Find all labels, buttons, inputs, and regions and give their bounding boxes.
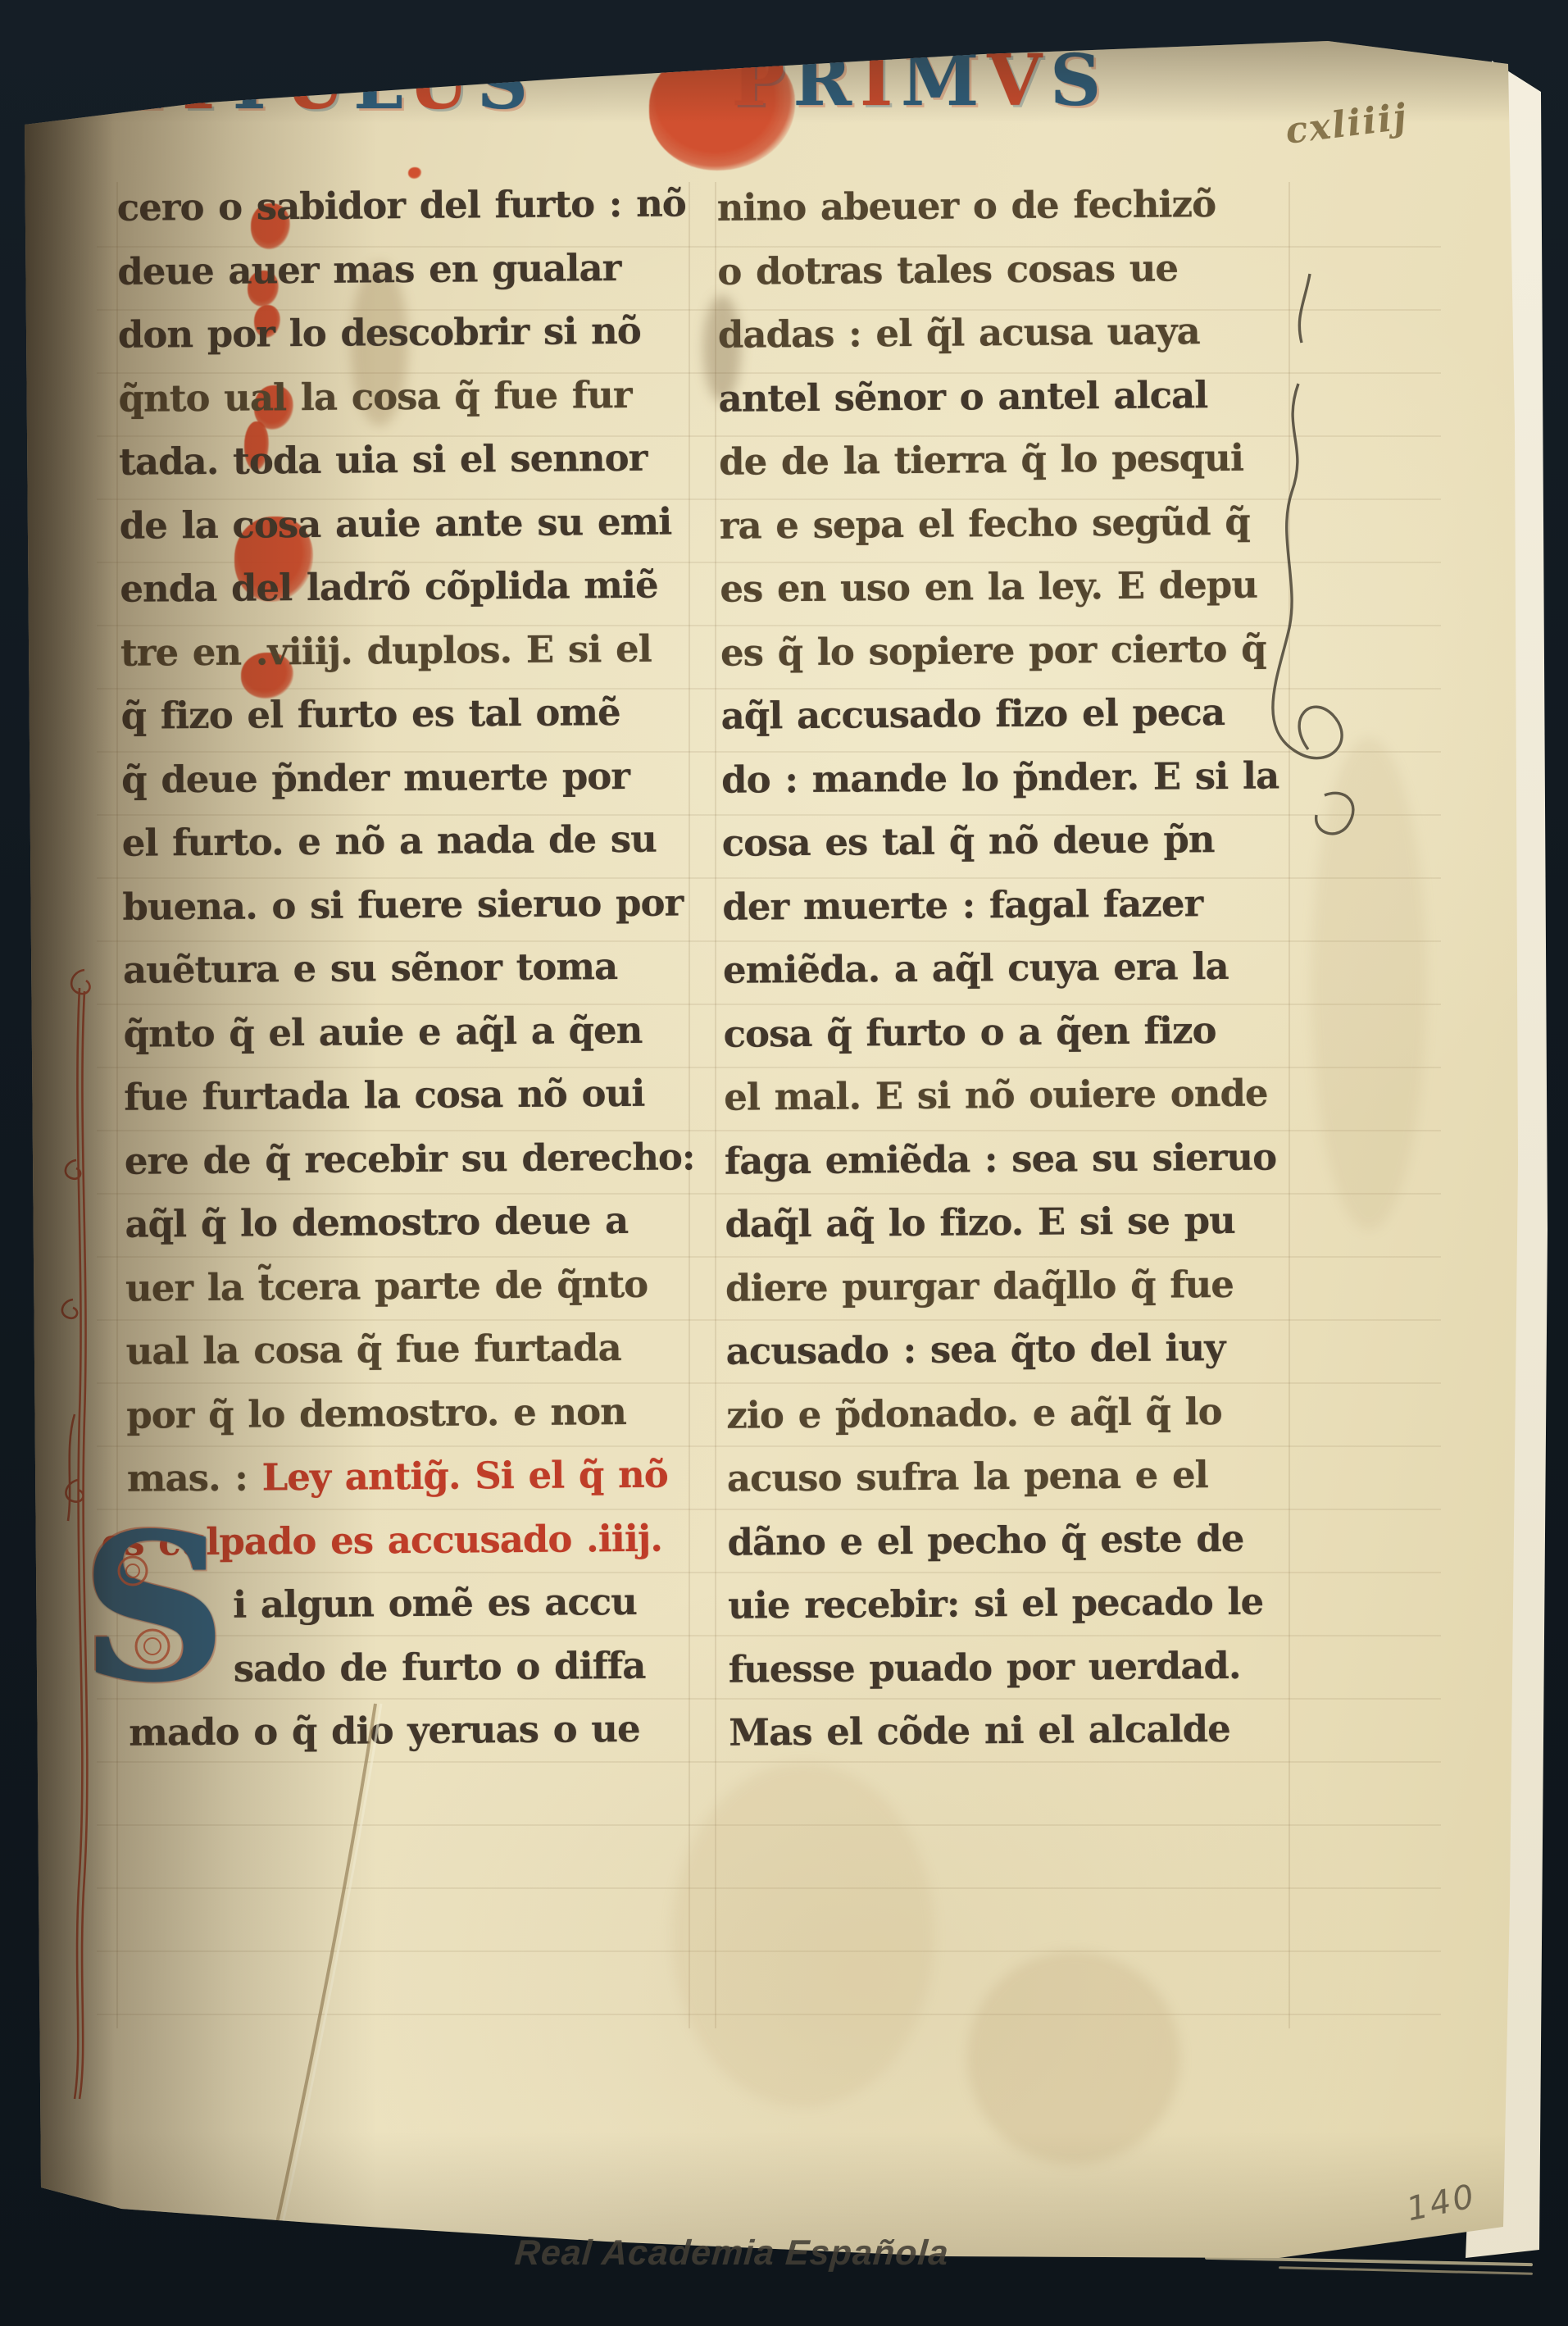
manuscript-text-line: der muerte : fagal fazer — [722, 871, 1305, 939]
manuscript-text-line: es en uso en la ley. E depu — [720, 553, 1302, 621]
page-stack-edge — [1205, 2256, 1533, 2266]
manuscript-text-line: es q̃ lo sopiere por cierto q̃ — [720, 617, 1303, 685]
margin-pen-flourish — [1246, 261, 1385, 933]
parchment-page: TITULUS PRIMVS cero o sabidor del furto … — [0, 0, 1568, 2326]
age-smudge — [672, 1763, 934, 2107]
gutter-shadow-deep — [0, 0, 115, 2326]
manuscript-text-line: o dotras tales cosas ue — [717, 235, 1300, 303]
manuscript-text-line: el mal. E si nõ ouiere onde — [724, 1061, 1307, 1129]
manuscript-text-line: daq̃l aq̃ lo fizo. E si se pu — [725, 1188, 1307, 1256]
text-column-right: nino abeuer o de fechizõo dotras tales c… — [716, 171, 1311, 1764]
manuscript-text-line: zio e p̃donado. e aq̃l q̃ lo — [726, 1379, 1309, 1447]
manuscript-text-line: antel sẽnor o antel alcal — [718, 362, 1301, 430]
manuscript-text-line: faga emiẽda : sea su sieruo — [725, 1125, 1307, 1193]
manuscript-text-line: fuesse puado por uerdad. — [728, 1633, 1311, 1701]
manuscript-text-line: uie recebir: si el pecado le — [728, 1569, 1311, 1637]
library-watermark: Real Academia Española — [513, 2233, 950, 2274]
manuscript-text-line: do : mande lo p̃nder. E si la — [721, 744, 1304, 812]
column-ruling-line — [715, 182, 716, 2028]
manuscript-text-line: nino abeuer o de fechizõ — [716, 171, 1299, 239]
manuscript-text-line: acusado : sea q̃to del iuy — [725, 1315, 1308, 1383]
manuscript-text-line: dãno e el pecho q̃ este de — [727, 1506, 1310, 1574]
manuscript-text-line: dadas : el q̃l acusa uaya — [718, 298, 1301, 366]
manuscript-text-line: diere purgar daq̃llo q̃ fue — [725, 1252, 1308, 1320]
page-stack-edge — [1279, 2266, 1533, 2275]
manuscript-text-line: aq̃l accusado fizo el peca — [720, 680, 1303, 748]
ink-blot — [695, 20, 759, 34]
manuscript-text-line: cosa es tal q̃ nõ deue p̃n — [721, 807, 1304, 875]
manuscript-text-line: emiẽda. a aq̃l cuya era la — [723, 934, 1306, 1002]
manuscript-text-line: cosa q̃ furto o a q̃en fizo — [723, 998, 1306, 1066]
bottom-edge-shadow — [0, 2132, 1568, 2326]
top-edge-shadow — [0, 33, 1568, 123]
manuscript-text-line: acuso sufra la pena e el — [727, 1442, 1310, 1510]
manuscript-text-line: Mas el cõde ni el alcalde — [729, 1696, 1311, 1764]
photographed-manuscript: TITULUS PRIMVS cero o sabidor del furto … — [0, 0, 1568, 2326]
manuscript-text-line: ra e sepa el fecho segũd q̃ — [719, 489, 1302, 558]
manuscript-text-line: de de la tierra q̃ lo pesqui — [719, 426, 1302, 494]
